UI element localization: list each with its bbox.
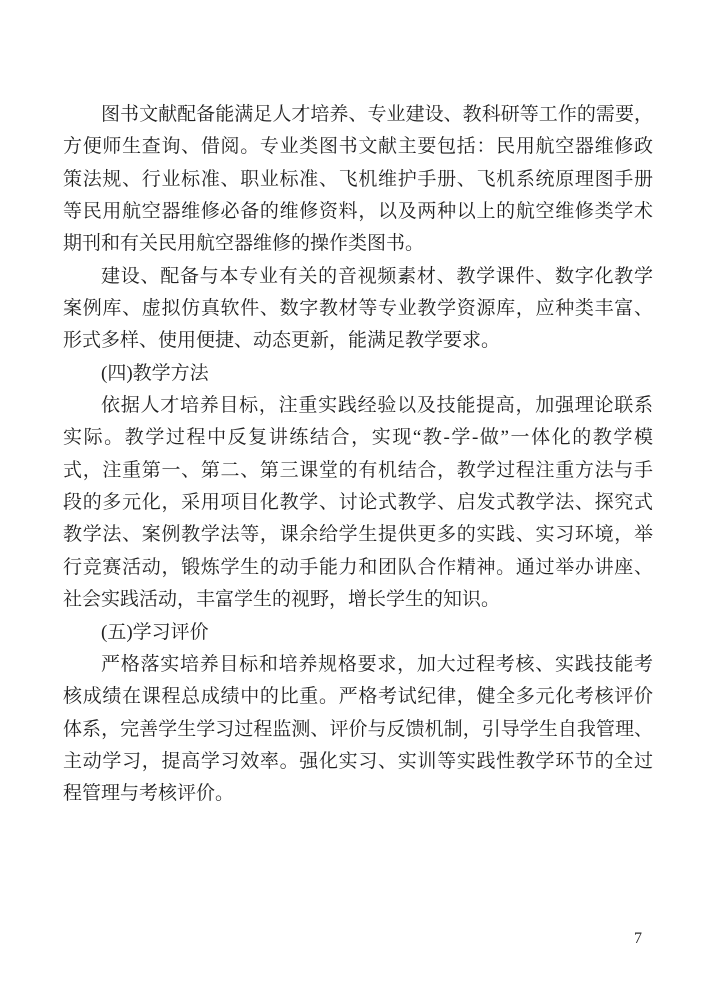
text-line: 教学法、案例教学法等，课余给学生提供更多的实践、实习环境，举 [63,519,653,551]
text-line: 行竞赛活动，锻炼学生的动手能力和团队合作精神。通过举办讲座、 [63,552,653,584]
text-line: 方便师生查询、借阅。专业类图书文献主要包括：民用航空器维修政 [63,131,653,163]
text-line: 程管理与考核评价。 [63,778,653,810]
text-line: 社会实践活动，丰富学生的视野，增长学生的知识。 [63,584,653,616]
text-line: 等民用航空器维修必备的维修资料，以及两种以上的航空维修类学术 [63,196,653,228]
text-line: 体系，完善学生学习过程监测、评价与反馈机制，引导学生自我管理、 [63,714,653,746]
text-line: 案例库、虚拟仿真软件、数字教材等专业教学资源库，应种类丰富、 [63,293,653,325]
text-line: 期刊和有关民用航空器维修的操作类图书。 [63,228,653,260]
text-line: (五)学习评价 [63,617,653,649]
text-line: (四)教学方法 [63,358,653,390]
text-line: 主动学习，提高学习效率。强化实习、实训等实践性教学环节的全过 [63,746,653,778]
text-line: 段的多元化，采用项目化教学、讨论式教学、启发式教学法、探究式 [63,487,653,519]
heading: (五)学习评价 [63,617,653,649]
text-block: 图书文献配备能满足人才培养、专业建设、教科研等工作的需要，方便师生查询、借阅。专… [63,99,653,811]
paragraph: 图书文献配备能满足人才培养、专业建设、教科研等工作的需要，方便师生查询、借阅。专… [63,99,653,261]
document-page: 图书文献配备能满足人才培养、专业建设、教科研等工作的需要，方便师生查询、借阅。专… [0,0,722,1005]
text-line: 严格落实培养目标和培养规格要求，加大过程考核、实践技能考 [63,649,653,681]
text-line: 建设、配备与本专业有关的音视频素材、教学课件、数字化教学 [63,261,653,293]
paragraph: 严格落实培养目标和培养规格要求，加大过程考核、实践技能考核成绩在课程总成绩中的比… [63,649,653,811]
text-line: 核成绩在课程总成绩中的比重。严格考试纪律，健全多元化考核评价 [63,681,653,713]
paragraph: 依据人才培养目标，注重实践经验以及技能提高，加强理论联系实际。教学过程中反复讲练… [63,390,653,616]
paragraph: 建设、配备与本专业有关的音视频素材、教学课件、数字化教学案例库、虚拟仿真软件、数… [63,261,653,358]
text-line: 图书文献配备能满足人才培养、专业建设、教科研等工作的需要， [63,99,653,131]
page-number: 7 [630,929,646,949]
text-line: 式，注重第一、第二、第三课堂的有机结合，教学过程注重方法与手 [63,455,653,487]
heading: (四)教学方法 [63,358,653,390]
text-line: 策法规、行业标准、职业标准、飞机维护手册、飞机系统原理图手册 [63,164,653,196]
text-line: 形式多样、使用便捷、动态更新，能满足教学要求。 [63,325,653,357]
text-line: 依据人才培养目标，注重实践经验以及技能提高，加强理论联系 [63,390,653,422]
text-line: 实际。教学过程中反复讲练结合，实现“教-学-做”一体化的教学模 [63,422,653,454]
